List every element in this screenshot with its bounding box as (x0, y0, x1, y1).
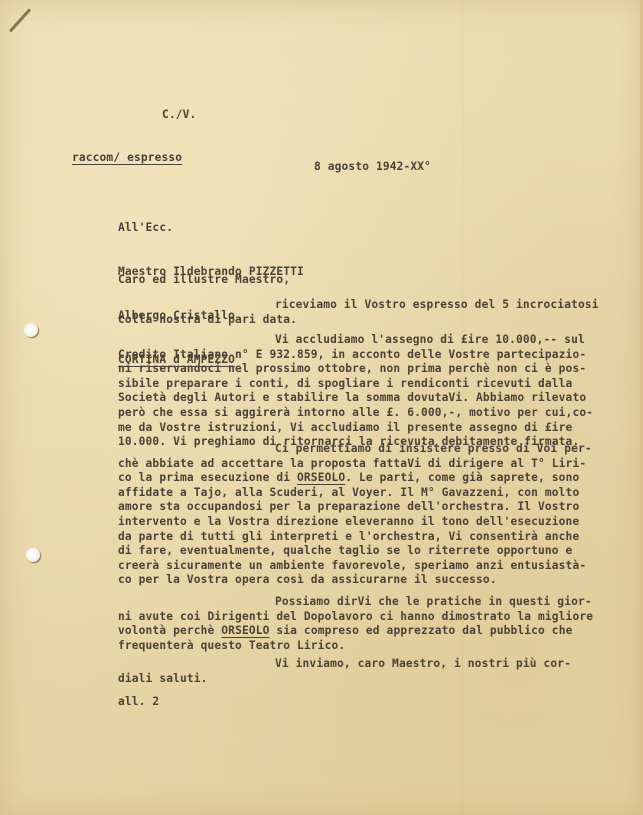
body-line: amore sta occupandosi per la preparazion… (118, 500, 579, 515)
body-line: intervento e la Vostra direzione elevera… (118, 515, 579, 530)
salutation: Caro ed illustre Maestro, (118, 273, 290, 288)
body-line: colla nostra di pari data. (118, 313, 297, 328)
body-line: frequenterà questo Teatro Lirico. (118, 639, 345, 654)
body-line: diali saluti. (118, 672, 208, 687)
body-line: co per la Vostra opera così da assicurar… (118, 573, 497, 588)
body-line: di fare, eventualmente, qualche taglio s… (118, 544, 572, 559)
body-line: Vi inviamo, caro Maestro, i nostri più c… (275, 657, 571, 672)
body-line: ni riservandoci nel prossimo ottobre, no… (118, 362, 586, 377)
header-reference: C./V. (162, 108, 196, 123)
punch-hole-top (24, 323, 38, 337)
body-line: ni avute coi Dirigenti del Dopolavoro ci… (118, 610, 593, 625)
body-line: me da Vostre istruzioni, Vi accludiamo i… (118, 421, 572, 436)
body-line: Vi accludiamo l'assegno di £ire 10.000,-… (275, 333, 585, 348)
body-line: sibile preparare i conti, di spogliare i… (118, 377, 572, 392)
body-line: però che essa si aggirerà intorno alle £… (118, 406, 593, 421)
body-line: Ci permettiamo di insistere presso di Vo… (275, 442, 592, 457)
recipient-line: All'Ecc. (118, 221, 304, 236)
punch-hole-bottom (26, 548, 40, 562)
body-line: Possiamo dirVi che le pratiche in questi… (275, 595, 592, 610)
body-line: chè abbiate ad accettare la proposta fat… (118, 457, 586, 472)
body-line: volontà perchè ORSEOLO sia compreso ed a… (118, 624, 572, 639)
body-line: Credito Italiano n° E 932.859, in accont… (118, 348, 586, 363)
body-line: da parte di tutti gli interpreti e l'orc… (118, 530, 579, 545)
opera-title: ORSEOLO (297, 471, 345, 484)
opera-title: ORSEOLO (221, 624, 269, 637)
body-line: affidate a Tajo, alla Scuderi, al Voyer.… (118, 486, 579, 501)
body-line: Società degli Autori e stabilire la somm… (118, 391, 586, 406)
letter-date: 8 agosto 1942-XX° (314, 160, 431, 175)
body-line: creerà sicuramente un ambiente favorevol… (118, 559, 586, 574)
body-line: riceviamo il Vostro espresso del 5 incro… (275, 298, 599, 313)
enclosures-note: all. 2 (118, 695, 159, 710)
shipping-note: raccom/ espresso (72, 151, 182, 166)
body-line: co la prima esecuzione di ORSEOLO. Le pa… (118, 471, 579, 486)
